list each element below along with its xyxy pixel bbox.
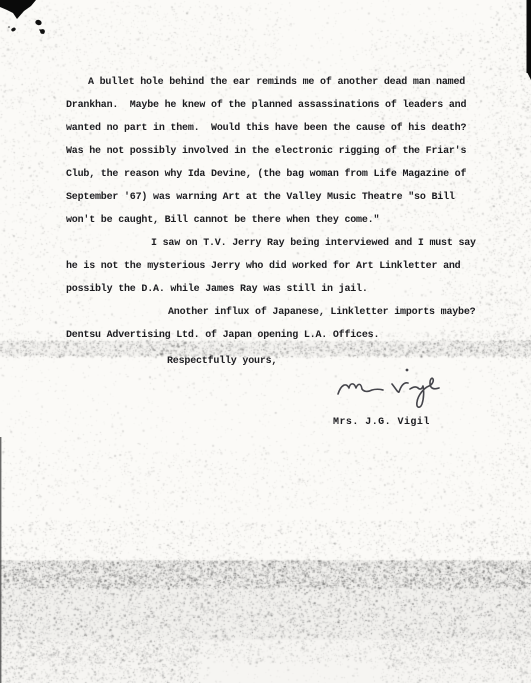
scanned-letter-page: A bullet hole behind the ear reminds me … <box>0 0 531 683</box>
scan-bar-right-edge <box>527 0 531 73</box>
ink-dot <box>35 19 43 26</box>
letter-line: Another influx of Japanese, Linkletter i… <box>66 306 506 329</box>
letter-body: A bullet hole behind the ear reminds me … <box>66 76 506 352</box>
ink-dot <box>40 29 45 34</box>
ink-smear <box>40 30 45 34</box>
letter-line: Was he not possibly involved in the elec… <box>66 145 506 168</box>
letter-line: wanted no part in them. Would this have … <box>66 122 506 145</box>
scan-blob-top-left-corner <box>0 0 36 19</box>
ink-dot <box>11 27 17 32</box>
letter-line: won't be caught, Bill cannot be there wh… <box>66 214 506 237</box>
scan-line-left-edge <box>0 437 1 683</box>
ink-speck <box>8 26 10 28</box>
typed-signer-name: Mrs. J.G. Vigil <box>333 417 430 428</box>
letter-line: possibly the D.A. while James Ray was st… <box>66 283 506 306</box>
letter-line: Drankhan. Maybe he knew of the planned a… <box>66 99 506 122</box>
handwritten-signature: Mrs Vigil <box>330 361 490 415</box>
letter-line: I saw on T.V. Jerry Ray being interviewe… <box>66 237 506 260</box>
letter-line: Club, the reason why Ida Devine, (the ba… <box>66 168 506 191</box>
letter-closing: Respectfully yours, <box>167 356 277 367</box>
signature-ink-dot <box>406 369 409 372</box>
scan-bar-right-edge-taper <box>528 73 531 80</box>
letter-line: Dentsu Advertising Ltd. of Japan opening… <box>66 329 506 352</box>
letter-line: he is not the mysterious Jerry who did w… <box>66 260 506 283</box>
letter-line: September '67) was warning Art at the Va… <box>66 191 506 214</box>
letter-line: A bullet hole behind the ear reminds me … <box>66 76 506 99</box>
